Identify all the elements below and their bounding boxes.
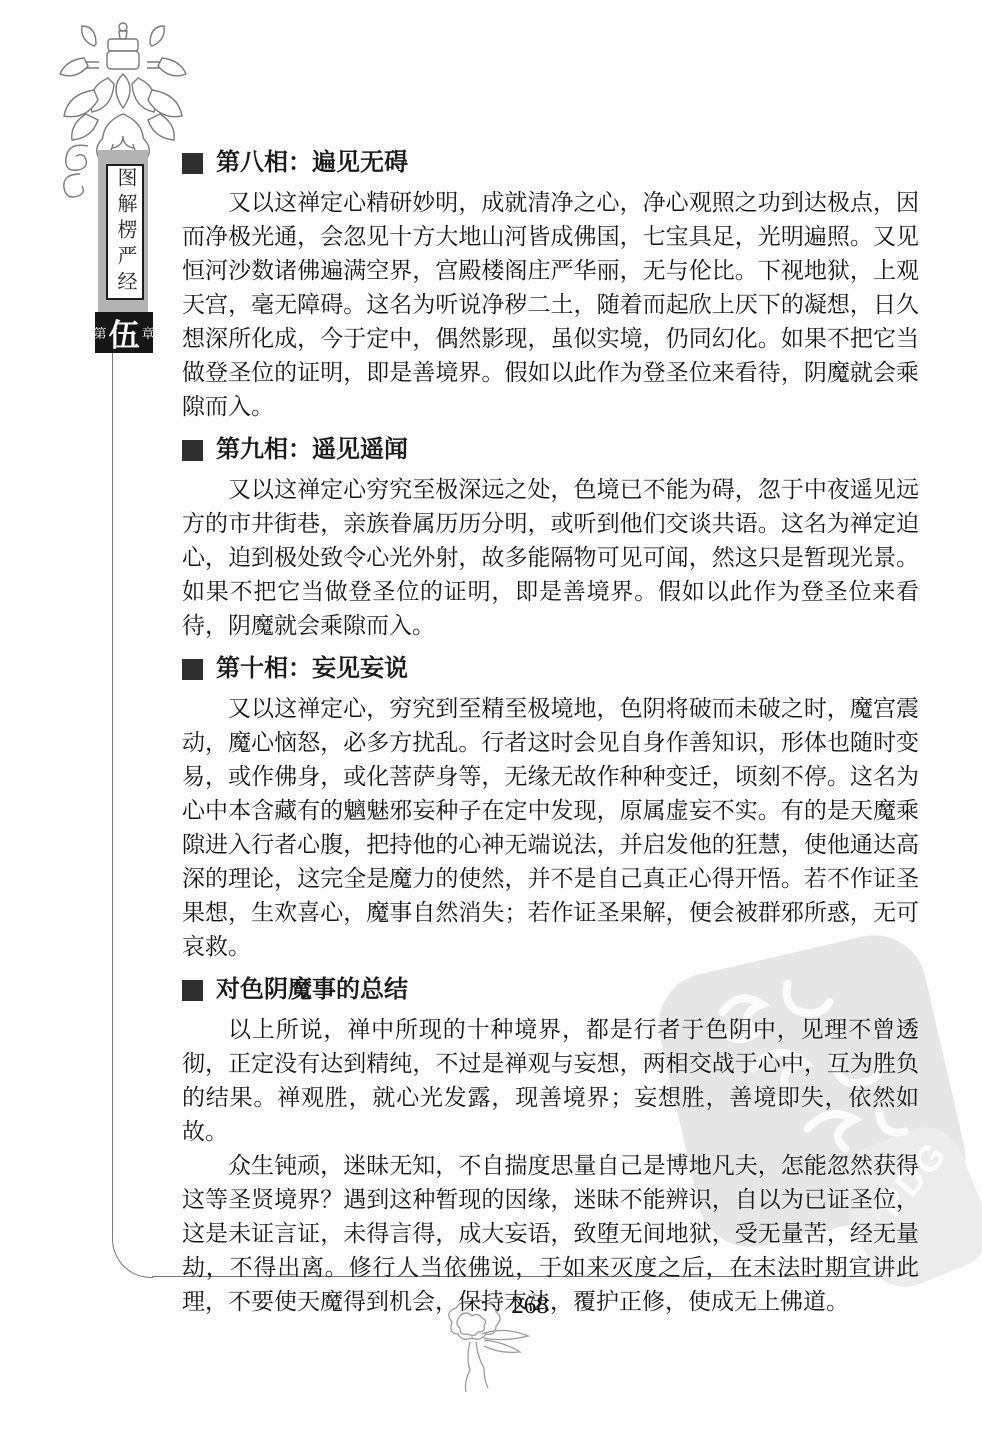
section-bullet-icon [182, 153, 203, 174]
section-heading-text: 对色阴魔事的总结 [216, 975, 408, 1005]
section-heading: 第九相：遥见遥闻 [182, 435, 919, 465]
section-heading-text: 第九相：遥见遥闻 [216, 435, 408, 465]
section-heading-text: 第八相：遍见无碍 [216, 148, 408, 178]
section-paragraph: 又以这禅定心穷究至极深远之处，色境已不能为碍，忽于中夜遥见远方的市井街巷，亲族眷… [182, 473, 919, 643]
section-tenth-aspect: 第十相：妄见妄说 又以这禅定心，穷究到至精至极境地，色阴将破而未破之时，魔宫震动… [182, 654, 919, 964]
section-heading-text: 第十相：妄见妄说 [216, 654, 408, 684]
section-eighth-aspect: 第八相：遍见无碍 又以这禅定心精研妙明，成就清净之心，净心观照之功到达极点，因而… [182, 148, 919, 424]
book-title-box: 图解楞严经 [106, 164, 144, 300]
book-title: 图解楞严经 [115, 167, 135, 297]
chapter-badge: 第 伍 章 [95, 312, 153, 353]
section-paragraph: 又以这禅定心，穷究到至精至极境地，色阴将破而未破之时，魔宫震动，魔心恼怒，必多方… [182, 692, 919, 964]
section-summary: 对色阴魔事的总结 以上所说，禅中所现的十种境界，都是行者于色阴中，见理不曾透彻，… [182, 975, 919, 1319]
section-paragraph: 以上所说，禅中所现的十种境界，都是行者于色阴中，见理不曾透彻，正定没有达到精纯，… [182, 1013, 919, 1149]
section-bullet-icon [182, 980, 203, 1001]
chapter-number: 伍 [109, 310, 140, 355]
section-heading: 第八相：遍见无碍 [182, 148, 919, 178]
frame-corner-curve [112, 1239, 153, 1278]
main-text-column: 第八相：遍见无碍 又以这禅定心精研妙明，成就清净之心，净心观照之功到达极点，因而… [182, 148, 919, 1330]
page-number: 268 [440, 1292, 620, 1320]
section-heading: 第十相：妄见妄说 [182, 654, 919, 684]
section-bullet-icon [182, 440, 203, 461]
section-ninth-aspect: 第九相：遥见遥闻 又以这禅定心穷究至极深远之处，色境已不能为碍，忽于中夜遥见远方… [182, 435, 919, 643]
section-heading: 对色阴魔事的总结 [182, 975, 919, 1005]
book-page: PDG [0, 0, 982, 1429]
chapter-suffix: 章 [142, 323, 155, 342]
chapter-prefix: 第 [93, 323, 106, 342]
swirl-ornament-icon [50, 140, 104, 202]
section-bullet-icon [182, 659, 203, 680]
section-paragraph: 又以这禅定心精研妙明，成就清净之心，净心观照之功到达极点，因而净极光通，会忽见十… [182, 186, 919, 424]
left-frame-line [112, 353, 113, 1241]
